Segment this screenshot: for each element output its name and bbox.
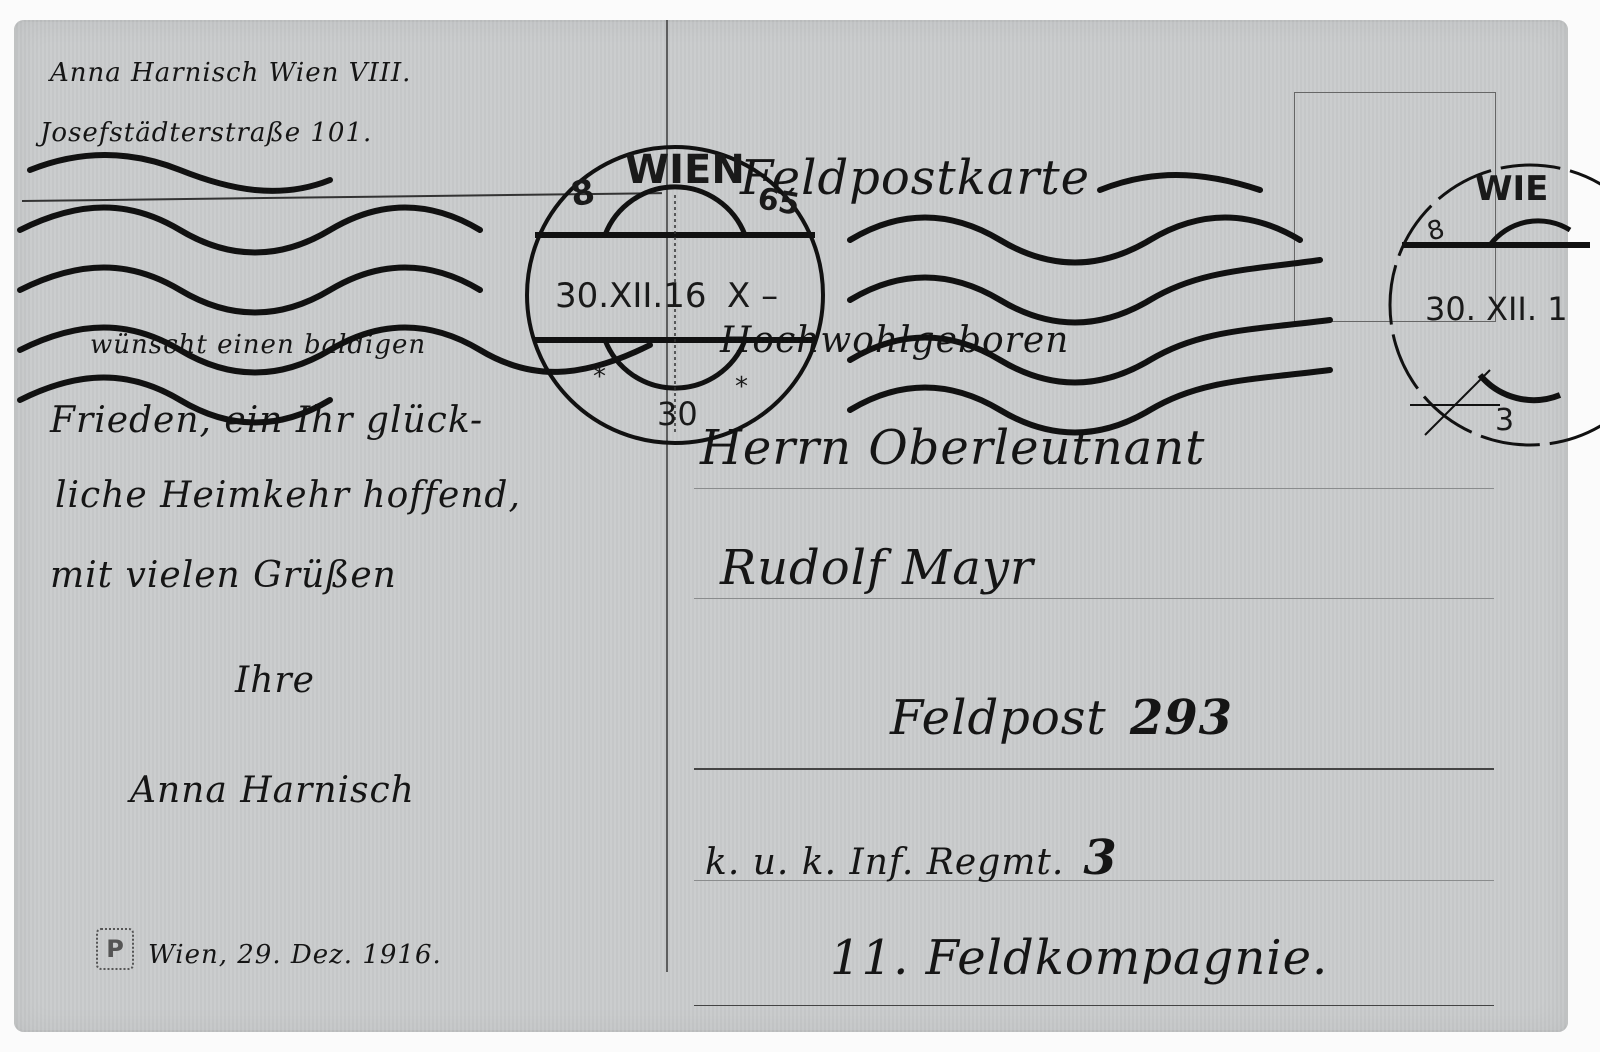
postmark-bottom: 30 [657, 395, 698, 433]
svg-text:WIE: WIE [1475, 169, 1548, 209]
postmark-main: 8 WIEN 65 30.XII.16 X – * * 30 [527, 147, 823, 443]
postmark-star-left: * [593, 362, 606, 392]
postmark-secondary: 8 WIE 30. XII. 1 3 [1390, 165, 1600, 445]
postmark-office: 65 [755, 181, 802, 223]
postmark-district: 8 [568, 172, 598, 216]
postmark-star-right: * [735, 372, 748, 402]
postmark-date: 30.XII.16 [555, 276, 707, 316]
postmark-time: X – [727, 276, 778, 316]
cancellation-overlay: 8 WIEN 65 30.XII.16 X – * * 30 8 WIE 30.… [0, 0, 1600, 1052]
wavy-cancel-lines-right [850, 175, 1330, 433]
postmark-secondary-date: 30. XII. 1 [1425, 290, 1568, 328]
postmark-city: WIEN [625, 147, 745, 193]
svg-text:3: 3 [1495, 403, 1514, 438]
